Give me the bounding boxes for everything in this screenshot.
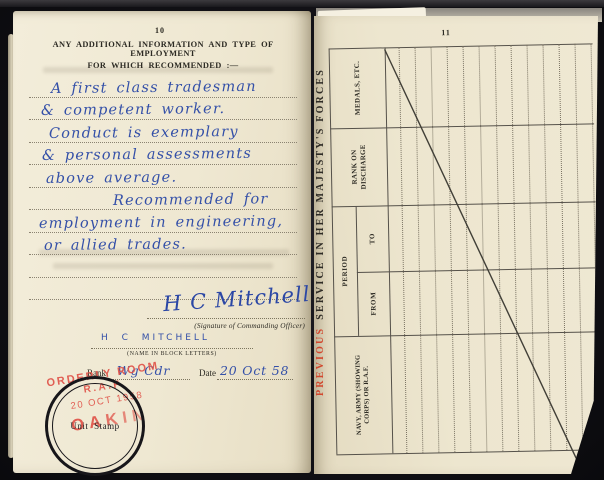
page-heading: ANY ADDITIONAL INFORMATION AND TYPE OF E… — [23, 40, 303, 70]
ruled-writing-area: A first class tradesman & competent work… — [29, 75, 297, 300]
name-in-block-letters: H C MITCHELL — [101, 333, 210, 343]
ruled-line: A first class tradesman — [29, 75, 297, 98]
page-number-left: 10 — [155, 26, 165, 35]
ruled-line: & personal assessments — [29, 143, 297, 166]
date-label: Date — [199, 368, 216, 378]
signature-rule — [147, 318, 305, 319]
handwritten-text: & personal assessments — [42, 146, 252, 164]
date-rule — [217, 379, 293, 380]
ruled-line: above average. — [29, 165, 297, 188]
handwritten-text: Conduct is exemplary — [49, 124, 239, 142]
ink-bleedthrough — [43, 67, 273, 73]
handwritten-text: & competent worker. — [41, 101, 226, 119]
previous-service-table: 11 MEDA — [314, 13, 604, 476]
ruled-line: employment in engineering, — [29, 210, 297, 233]
handwritten-text: employment in engineering, — [39, 213, 283, 232]
date-value: 20 Oct 58 — [220, 363, 289, 378]
name-caption: (NAME IN BLOCK LETTERS) — [91, 351, 253, 357]
right-page: PREVIOUSSERVICE IN HER MAJESTY'S FORCES … — [314, 16, 598, 474]
unit-stamp-label: Unit Stamp — [70, 421, 119, 431]
handwritten-text: or allied trades. — [44, 237, 187, 254]
signature-caption: (Signature of Commanding Officer) — [131, 321, 305, 330]
unit-stamp-inner-ring: Unit Stamp — [52, 383, 138, 469]
name-rule — [91, 348, 253, 349]
handwritten-text: A first class tradesman — [51, 78, 257, 96]
unit-stamp-circle: Unit Stamp — [45, 376, 145, 476]
book-cover-edge — [0, 0, 604, 7]
handwritten-text: Recommended for — [113, 191, 269, 209]
ruled-line: or allied trades. — [29, 233, 297, 256]
ruled-line-empty — [29, 255, 297, 278]
ruled-line: & competent worker. — [29, 98, 297, 121]
service-book-photo: 10 ANY ADDITIONAL INFORMATION AND TYPE O… — [0, 0, 604, 480]
ruled-line: Conduct is exemplary — [29, 120, 297, 143]
handwritten-text: above average. — [46, 169, 177, 186]
ruled-line: Recommended for — [29, 188, 297, 211]
left-page: 10 ANY ADDITIONAL INFORMATION AND TYPE O… — [13, 11, 311, 473]
cancellation-stroke — [314, 13, 604, 476]
heading-line-1: ANY ADDITIONAL INFORMATION AND TYPE OF E… — [23, 40, 303, 58]
